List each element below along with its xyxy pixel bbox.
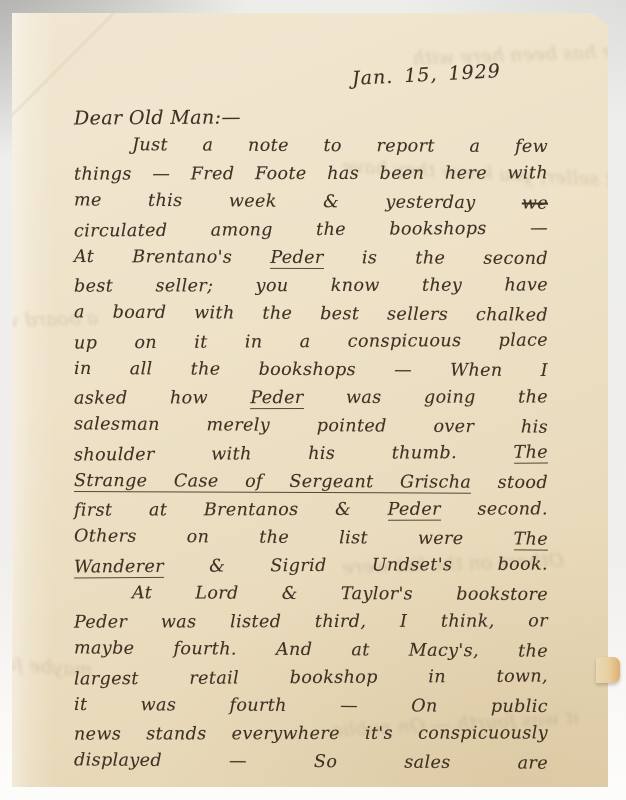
handwriting-text: shoulder with his thumb.: [74, 443, 514, 466]
underlined-book-title: Peder: [250, 388, 303, 409]
handwriting-text: displayed — So sales are: [74, 750, 548, 773]
letter-line: circulated among the bookshops —: [74, 215, 548, 246]
letter-line: Peder was listed third, I think, or: [74, 607, 548, 636]
handwriting-text: best seller; you know they have: [74, 275, 548, 296]
letter-line: best seller; you know they have: [74, 271, 548, 300]
handwriting-text: me this week & yesterday: [74, 190, 522, 213]
letter-line: shoulder with his thumb. The: [74, 439, 548, 470]
letter-line: first at Brentanos & Peder second.: [74, 495, 548, 524]
letter-line: a board with the best sellers chalked: [74, 298, 548, 329]
underlined-book-title: The: [513, 529, 548, 550]
handwriting-text: circulated among the bookshops —: [74, 219, 548, 242]
handwriting-text: maybe fourth. And at Macy's, the: [74, 638, 548, 661]
underlined-book-title: Peder: [388, 500, 441, 521]
torn-paper-tab: [596, 657, 620, 683]
letter-line: in all the bookshops — When I: [74, 355, 548, 385]
handwriting-text: At Lord & Taylor's bookstore: [132, 583, 548, 605]
letter-line: Strange Case of Sergeant Grischa stood: [74, 467, 548, 497]
letter-line: asked how Peder was going the: [74, 383, 548, 412]
letter-line: displayed — So sales are: [74, 746, 548, 777]
letter-line: maybe fourth. And at Macy's, the: [74, 634, 548, 665]
underlined-book-title: Strange Case of Sergeant Grischa: [74, 471, 471, 494]
handwriting-text: a board with the best sellers chalked: [74, 302, 548, 325]
handwriting-text: in all the bookshops — When I: [74, 359, 548, 381]
handwriting-text: stood: [471, 473, 548, 493]
handwriting-text: At Brentano's: [74, 247, 271, 268]
letter-line: At Lord & Taylor's bookstore: [74, 579, 548, 609]
underlined-book-title: Wanderer: [74, 557, 164, 579]
handwriting-text: second.: [441, 499, 548, 519]
letter-line: salesman merely pointed over his: [74, 410, 548, 441]
letter-line: up on it in a conspicuous place: [74, 327, 548, 358]
letter-line: Dear Old Man:—: [74, 101, 548, 134]
underlined-book-title: Peder: [270, 248, 323, 269]
handwriting-text: asked how: [74, 388, 250, 408]
letter-line: things — Fred Foote has been here with: [74, 159, 548, 188]
letter-line: me this week & yesterday we: [74, 186, 548, 217]
letter-line: largest retail bookshop in town,: [74, 663, 548, 694]
handwriting-text: up on it in a conspicuous place: [74, 331, 548, 354]
letter-line: Just a note to report a few: [74, 131, 548, 161]
handwriting-text: Dear Old Man:—: [74, 106, 241, 129]
scanned-letter-page: things — Fred Foote has been here with b…: [0, 0, 626, 800]
struck-word: we: [522, 193, 548, 213]
handwriting-text: it was fourth — On public: [74, 695, 548, 717]
handwriting-text: salesman merely pointed over his: [74, 414, 548, 437]
handwriting-text: Just a note to report a few: [132, 135, 548, 157]
handwriting-text: Others on the list were: [74, 526, 514, 549]
letter-line: At Brentano's Peder is the second: [74, 243, 548, 273]
letter-body: Dear Old Man:—Just a note to report a fe…: [74, 102, 548, 776]
handwriting-text: is the second: [324, 248, 548, 269]
handwriting-text: first at Brentanos &: [74, 500, 388, 521]
handwriting-text: things — Fred Foote has been here with: [74, 163, 548, 184]
letter-line: Wanderer & Sigrid Undset's book.: [74, 551, 548, 582]
letter-line: news stands everywhere it's conspicuousl…: [74, 719, 548, 748]
handwriting-text: news stands everywhere it's conspicuousl…: [74, 723, 548, 744]
letter-line: it was fourth — On public: [74, 691, 548, 721]
handwriting-text: was going the: [304, 387, 548, 408]
underlined-book-title: The: [513, 443, 548, 464]
handwriting-text: & Sigrid Undset's book.: [164, 555, 548, 577]
handwriting-text: largest retail bookshop in town,: [74, 667, 548, 690]
letter-line: Others on the list were The: [74, 522, 548, 553]
handwriting-text: Peder was listed third, I think, or: [74, 611, 548, 632]
